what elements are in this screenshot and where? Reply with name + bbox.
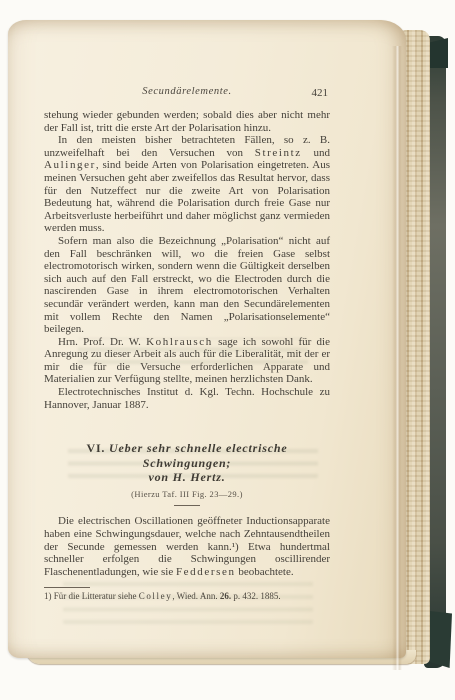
paragraph-text: beobachtete. — [236, 566, 294, 578]
footnote-rule — [44, 587, 90, 588]
section-title: Ueber sehr schnelle electrische Schwingu… — [109, 441, 287, 470]
page-crease — [392, 46, 402, 670]
paragraph-text: Hrn. Prof. Dr. W. — [58, 336, 146, 348]
paragraph: Sofern man also die Bezeichnung „Polaris… — [44, 235, 330, 336]
person-name: Aulinger — [44, 159, 96, 171]
section-title-line: VI. Ueber sehr schnelle electrische Schw… — [44, 441, 330, 470]
heading-divider-rule — [174, 505, 200, 506]
paragraph: In den meisten bisher betrachteten Fälle… — [44, 134, 330, 235]
footnote-text: p. 432. 1885. — [231, 591, 281, 601]
running-title: Secundärelemente. — [44, 86, 330, 99]
paragraph-signature: Electrotechnisches Institut d. Kgl. Tech… — [44, 386, 330, 411]
page-number: 421 — [312, 87, 329, 100]
paragraph: Die electrischen Oscillationen geöffnete… — [44, 515, 330, 578]
person-name: Kohlrausch — [146, 336, 213, 348]
footnote-block: 1) Für die Litteratur siehe Colley, Wied… — [44, 587, 330, 602]
paragraph-text: Sofern man also die Bezeichnung „Polaris… — [44, 235, 330, 335]
footnote: 1) Für die Litteratur siehe Colley, Wied… — [44, 591, 330, 602]
page-header: Secundärelemente. 421 — [44, 86, 330, 102]
paragraph-text: und — [302, 147, 330, 159]
footnote-text: , Wied. Ann. — [172, 591, 219, 601]
footnote-text: 1) Für die Litteratur siehe — [44, 591, 139, 601]
paragraph-acknowledgement: Hrn. Prof. Dr. W. Kohlrausch sage ich so… — [44, 336, 330, 386]
person-name: Streintz — [255, 147, 302, 159]
section-byline: von H. Hertz. — [44, 470, 330, 485]
person-name: Feddersen — [176, 566, 236, 578]
printed-content: Secundärelemente. 421 stehung wieder geb… — [44, 86, 330, 602]
person-name: Colley — [139, 591, 173, 601]
section-heading: VI. Ueber sehr schnelle electrische Schw… — [44, 441, 330, 506]
body-text: stehung wieder gebunden werden; sobald d… — [44, 109, 330, 411]
section-body-text: Die electrischen Oscillationen geöffnete… — [44, 515, 330, 578]
figure-note: (Hierzu Taf. III Fig. 23—29.) — [44, 488, 330, 501]
journal-volume: 26. — [220, 591, 231, 601]
paragraph-text: stehung wieder gebunden werden; sobald d… — [44, 109, 330, 134]
paragraph-text: Electrotechnisches Institut d. Kgl. Tech… — [44, 386, 330, 411]
section-number: VI. — [86, 441, 105, 455]
paragraph-continuation: stehung wieder gebunden werden; sobald d… — [44, 109, 330, 134]
book-photo: Secundärelemente. 421 stehung wieder geb… — [0, 0, 455, 700]
book-page: Secundärelemente. 421 stehung wieder geb… — [8, 20, 406, 658]
